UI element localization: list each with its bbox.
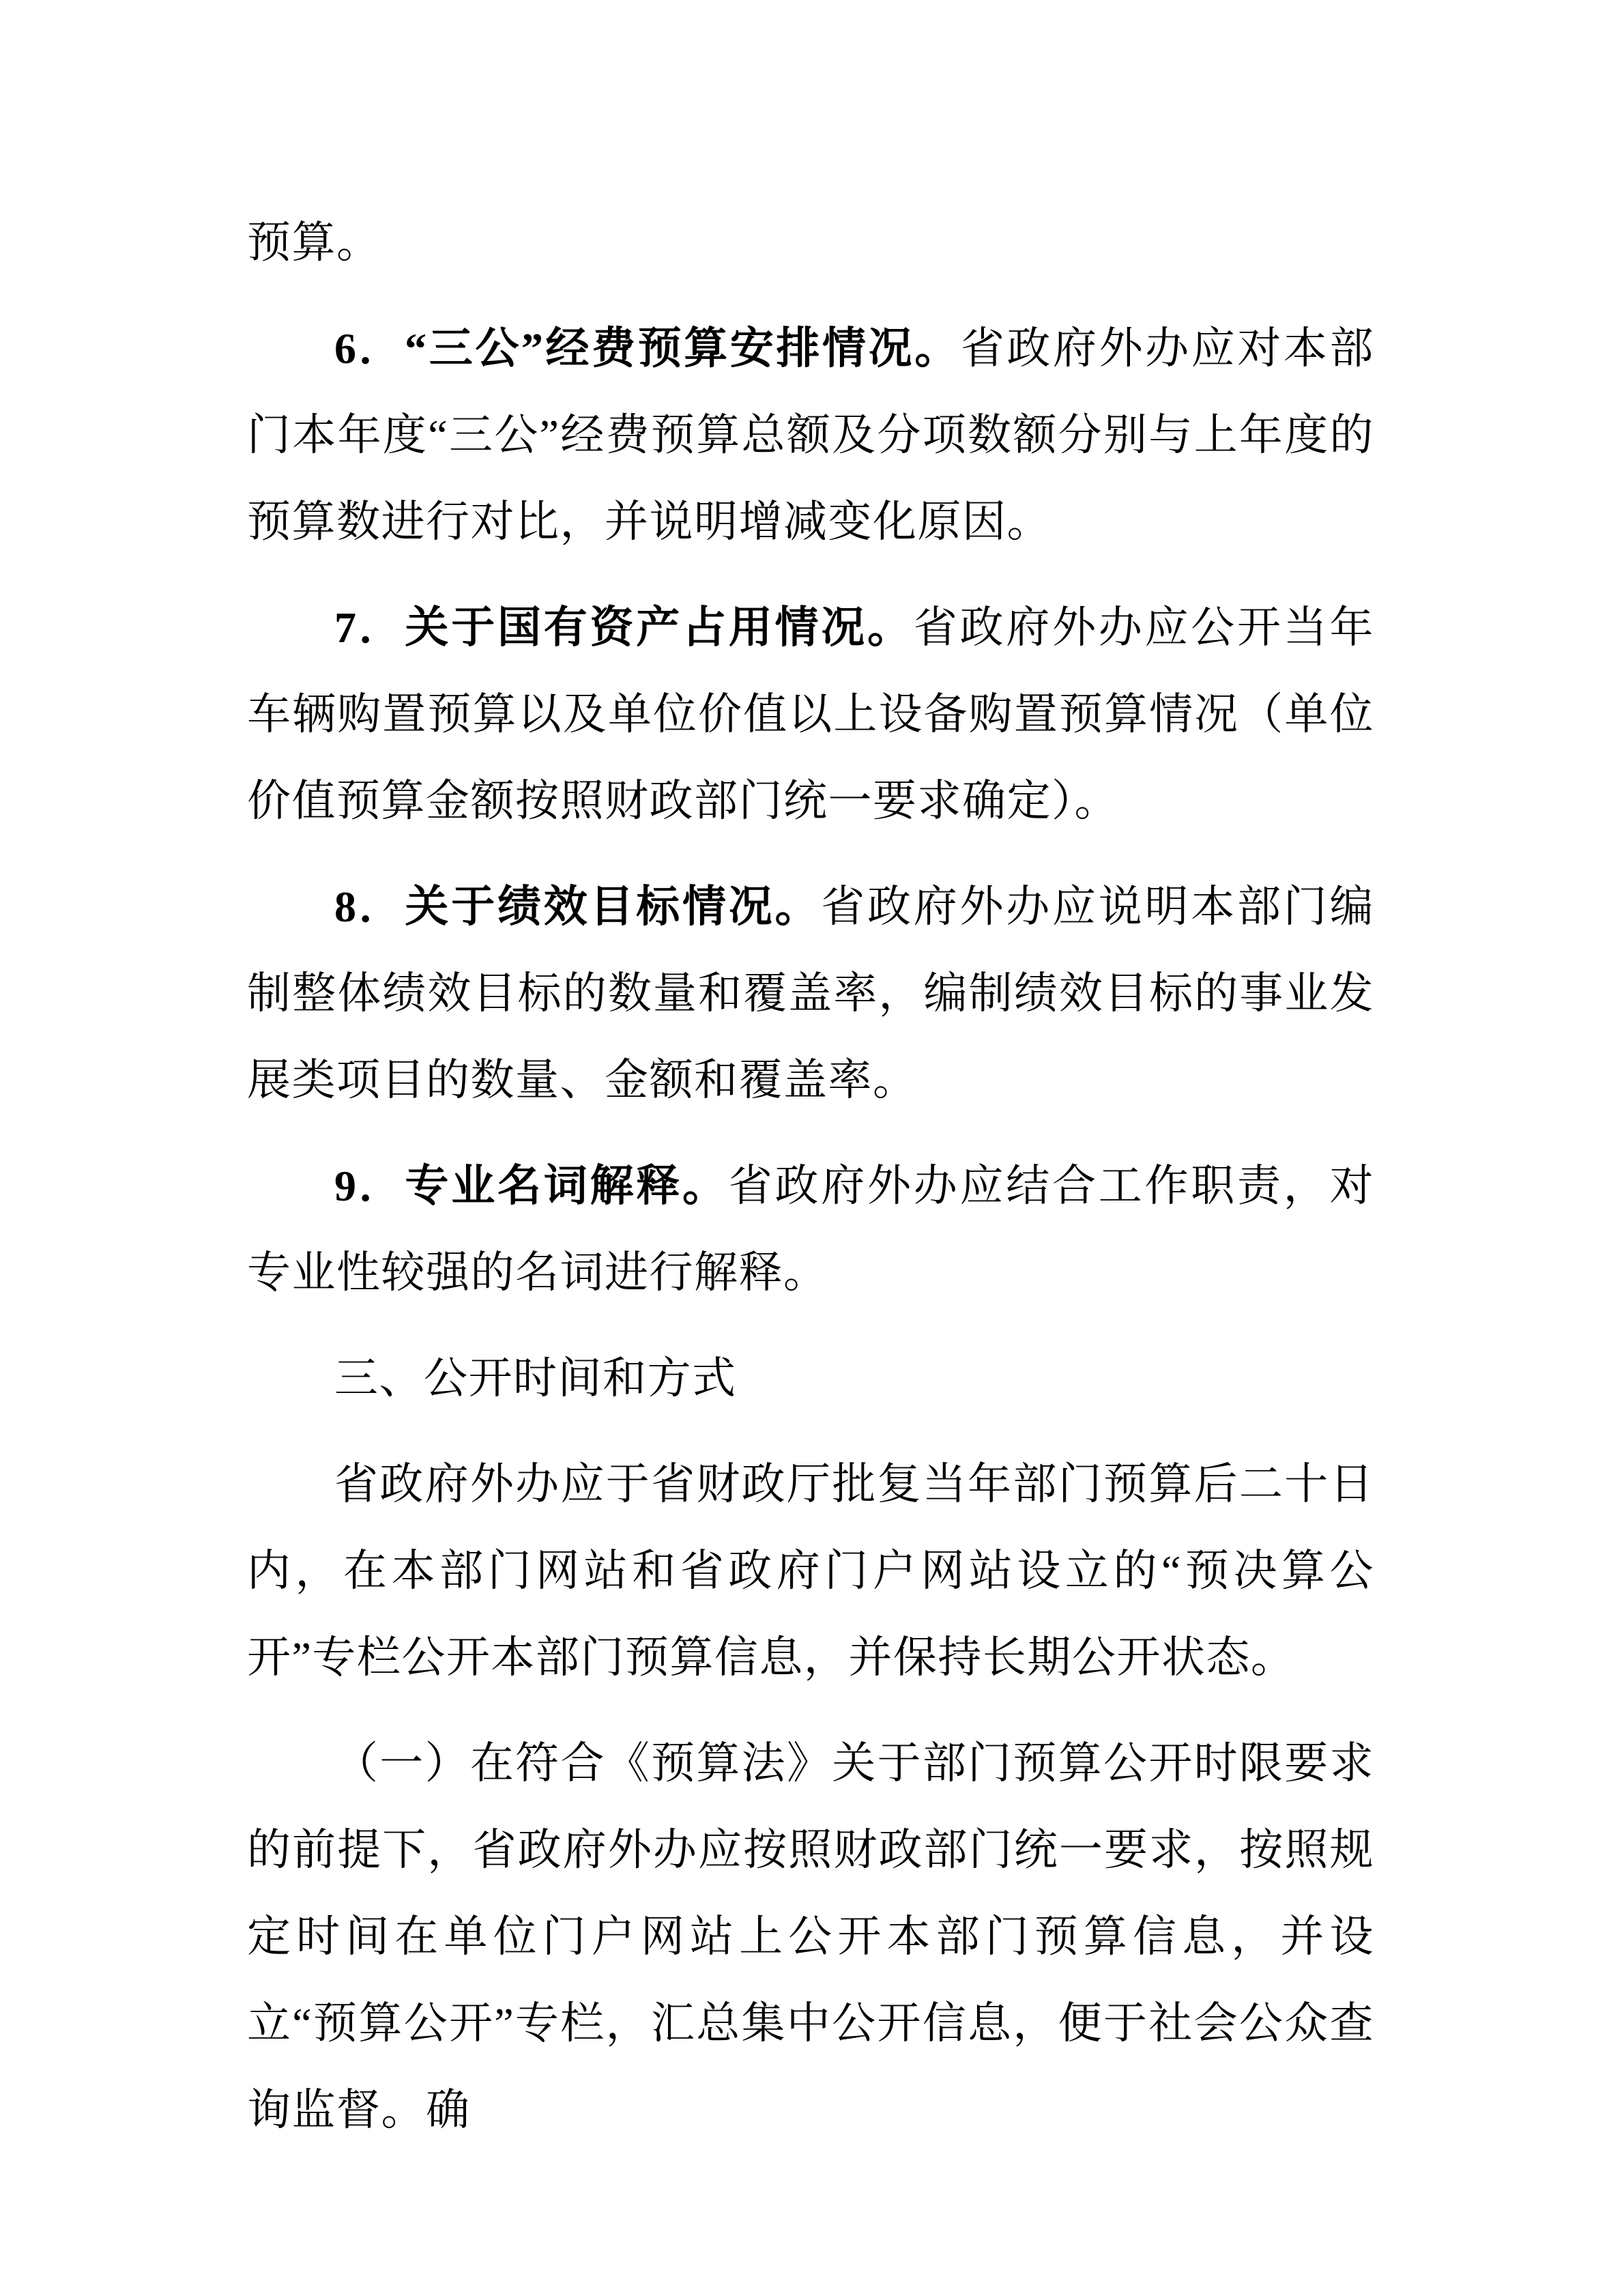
paragraph-subsection-1: （一）在符合《预算法》关于部门预算公开时限要求的前提下，省政府外办应按照财政部门… bbox=[247, 1720, 1374, 2153]
paragraph-text: 预算。 bbox=[247, 218, 381, 267]
section-heading-3: 三、公开时间和方式 bbox=[247, 1335, 1374, 1422]
paragraph-item-6: 6．“三公”经费预算安排情况。省政府外办应对本部门本年度“三公”经费预算总额及分… bbox=[247, 305, 1374, 565]
paragraph-publish-time: 省政府外办应于省财政厅批复当年部门预算后二十日内，在本部门网站和省政府门户网站设… bbox=[247, 1441, 1374, 1701]
paragraph-continuation: 预算。 bbox=[247, 199, 1374, 286]
paragraph-text: （一）在符合《预算法》关于部门预算公开时限要求的前提下，省政府外办应按照财政部门… bbox=[247, 1739, 1374, 2134]
paragraph-item-7: 7．关于国有资产占用情况。省政府外办应公开当年车辆购置预算以及单位价值以上设备购… bbox=[247, 584, 1374, 844]
paragraph-text: 三、公开时间和方式 bbox=[334, 1354, 737, 1403]
paragraph-lead: 8．关于绩效目标情况。 bbox=[334, 882, 821, 931]
paragraph-lead: 9．专业名词解释。 bbox=[334, 1162, 729, 1210]
document-page: 预算。 6．“三公”经费预算安排情况。省政府外办应对本部门本年度“三公”经费预算… bbox=[0, 0, 1624, 2296]
paragraph-item-8: 8．关于绩效目标情况。省政府外办应说明本部门编制整体绩效目标的数量和覆盖率，编制… bbox=[247, 863, 1374, 1123]
document-body: 预算。 6．“三公”经费预算安排情况。省政府外办应对本部门本年度“三公”经费预算… bbox=[247, 199, 1374, 2153]
paragraph-item-9: 9．专业名词解释。省政府外办应结合工作职责，对专业性较强的名词进行解释。 bbox=[247, 1143, 1374, 1316]
paragraph-lead: 7．关于国有资产占用情况。 bbox=[334, 603, 914, 652]
paragraph-lead: 6．“三公”经费预算安排情况。 bbox=[334, 324, 961, 373]
paragraph-text: 省政府外办应于省财政厅批复当年部门预算后二十日内，在本部门网站和省政府门户网站设… bbox=[247, 1460, 1374, 1682]
